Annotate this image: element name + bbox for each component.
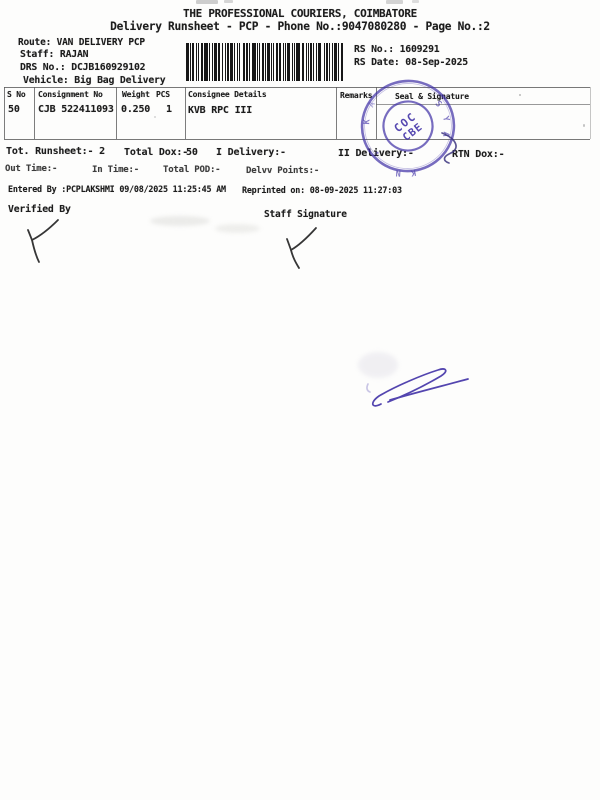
table-column-line — [376, 87, 377, 139]
scan-artifact — [224, 0, 233, 3]
barcode — [186, 43, 348, 81]
table-column-line — [590, 87, 591, 139]
scan-artifact — [386, 0, 403, 4]
total-dox-value: 50 — [186, 147, 198, 158]
total-runsheet: Tot. Runsheet:- 2 — [6, 146, 105, 157]
cell-consignee: KVB RPC III — [188, 105, 252, 116]
scan-smudge — [215, 224, 260, 233]
cell-consignment: CJB 522411093 — [38, 104, 114, 115]
page-title: THE PROFESSIONAL COURIERS, COIMBATORE — [0, 7, 600, 20]
scan-smudge — [150, 216, 210, 226]
delvv-points: Delvv Points:- — [246, 166, 319, 176]
verified-by-label: Verified By — [8, 204, 71, 215]
entered-by: Entered By :PCPLAKSHMI 09/08/2025 11:25:… — [8, 184, 226, 194]
total-dox-label: Total Dox:- — [124, 147, 188, 158]
col-header-seal: Seal & Signature — [395, 92, 469, 101]
scan-smudge — [358, 352, 398, 378]
staff-line: Staff: RAJAN — [20, 49, 88, 60]
cell-pcs: 1 — [166, 104, 172, 115]
page-subtitle: Delivery Runsheet - PCP - Phone No.:9047… — [0, 20, 600, 33]
col-header-remarks: Remarks — [340, 91, 372, 100]
stamp-ring-letter: K — [409, 167, 417, 178]
table-column-line — [4, 87, 5, 139]
rs-no-line: RS No.: 1609291 — [354, 44, 439, 55]
consignment-table: S No Consignment No Weight PCS Consignee… — [4, 87, 590, 139]
table-column-line — [336, 87, 337, 139]
table-column-line — [185, 87, 186, 139]
scanned-runsheet-page: THE PROFESSIONAL COURIERS, COIMBATORE De… — [0, 0, 600, 800]
table-header-underline — [376, 104, 590, 105]
staff-signature-tick — [287, 228, 316, 268]
table-column-line — [34, 87, 35, 139]
out-time: Out Time:- — [5, 164, 57, 174]
table-border-top — [4, 87, 590, 88]
verified-by-tick — [28, 220, 58, 262]
first-delivery: I Delivery:- — [216, 147, 286, 158]
vehicle-line: Vehicle: Big Bag Delivery — [23, 75, 165, 86]
col-header-pcs: PCS — [156, 90, 170, 99]
col-header-consignment: Consignment No — [38, 90, 103, 99]
col-header-weight: Weight — [122, 90, 150, 99]
cell-sno: 50 — [8, 104, 20, 115]
table-border-bottom — [4, 139, 590, 140]
stamp-ring-letter: N — [395, 167, 401, 177]
drs-no-line: DRS No.: DCJB160929102 — [20, 62, 145, 73]
reprinted-on: Reprinted on: 08-09-2025 11:27:03 — [242, 185, 402, 195]
rs-date-line: RS Date: 08-Sep-2025 — [354, 57, 468, 68]
scan-artifact — [412, 0, 419, 3]
in-time: In Time:- — [92, 165, 139, 175]
cell-weight: 0.250 — [121, 104, 150, 115]
route-line: Route: VAN DELIVERY PCP — [18, 37, 145, 48]
col-header-sno: S No — [7, 90, 25, 99]
col-header-consignee: Consignee Details — [188, 90, 266, 99]
second-delivery: II Delivery:- — [338, 148, 414, 159]
scan-artifact — [196, 0, 218, 4]
table-column-line — [116, 87, 117, 139]
rtn-dox: RTN Dox:- — [452, 149, 504, 160]
total-pod: Total POD:- — [163, 165, 220, 175]
staff-signature-label: Staff Signature — [264, 209, 347, 220]
